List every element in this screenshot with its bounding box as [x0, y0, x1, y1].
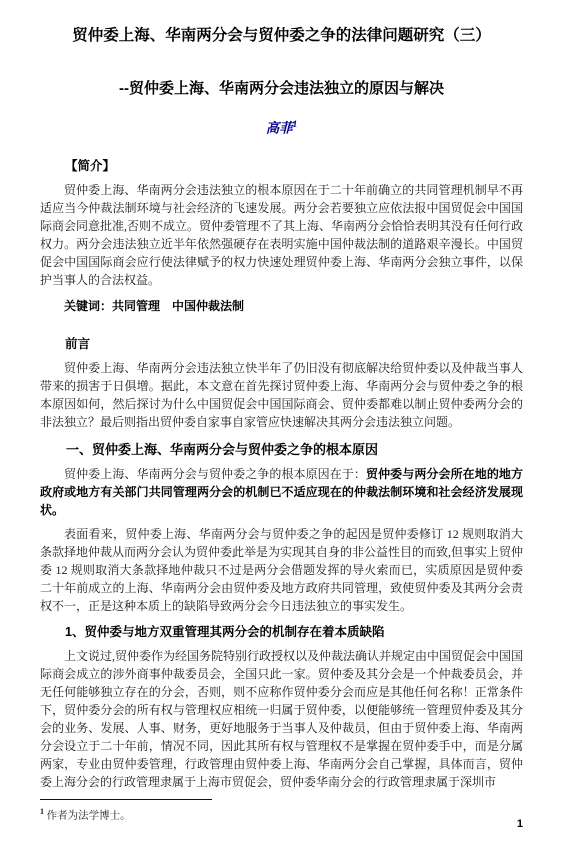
author-name: 高菲: [266, 121, 293, 136]
footnote: 1 作者为法学博士。: [40, 804, 523, 824]
document-subtitle: --贸仲委上海、华南两分会违法独立的原因与解决: [40, 78, 523, 99]
preface-heading: 前言: [40, 335, 523, 353]
abstract-label: 【简介】: [40, 157, 523, 175]
page-number: 1: [517, 818, 523, 830]
section1-sub1-paragraph: 上文说过,贸仲委作为经国务院特别行政授权以及仲裁法确认并规定由中国贸促会中国国际…: [40, 647, 523, 791]
footnote-text: 作者为法学博士。: [47, 811, 131, 822]
section1-para1: 贸仲委上海、华南两分会与贸仲委之争的根本原因在于：贸仲委与两分会所在地的地方政府…: [40, 465, 523, 519]
abstract-paragraph: 贸仲委上海、华南两分会违法独立的根本原因在于二十年前确立的共同管理机制早不再适应…: [40, 181, 523, 289]
section1-para1-normal: 贸仲委上海、华南两分会与贸仲委之争的根本原因在于：: [64, 467, 366, 481]
keywords-value: 共同管理 中国仲裁法制: [112, 299, 244, 313]
footnote-mark: 1: [40, 807, 44, 816]
preface-paragraph: 贸仲委上海、华南两分会违法独立快半年了仍旧没有彻底解决给贸仲委以及仲裁当事人带来…: [40, 359, 523, 431]
document-page: 贸仲委上海、华南两分会与贸仲委之争的法律问题研究（三） --贸仲委上海、华南两分…: [0, 0, 563, 867]
section1-sub1-heading: 1、贸仲委与地方双重管理其两分会的机制存在着本质缺陷: [40, 623, 523, 641]
keywords-label: 关键词：: [64, 299, 112, 313]
keywords-line: 关键词：共同管理 中国仲裁法制: [40, 297, 523, 315]
section1-heading: 一、贸仲委上海、华南两分会与贸仲委之争的根本原因: [40, 440, 523, 459]
page-content: 贸仲委上海、华南两分会与贸仲委之争的法律问题研究（三） --贸仲委上海、华南两分…: [0, 0, 563, 798]
footnote-divider: [40, 799, 212, 800]
author-footnote-mark: 1: [293, 119, 298, 129]
section1-para2: 表面看来，贸仲委上海、华南两分会与贸仲委之争的起因是贸仲委修订 12 规则取消大…: [40, 525, 523, 615]
document-title: 贸仲委上海、华南两分会与贸仲委之争的法律问题研究（三）: [40, 25, 523, 46]
author-line: 高菲1: [40, 116, 523, 137]
